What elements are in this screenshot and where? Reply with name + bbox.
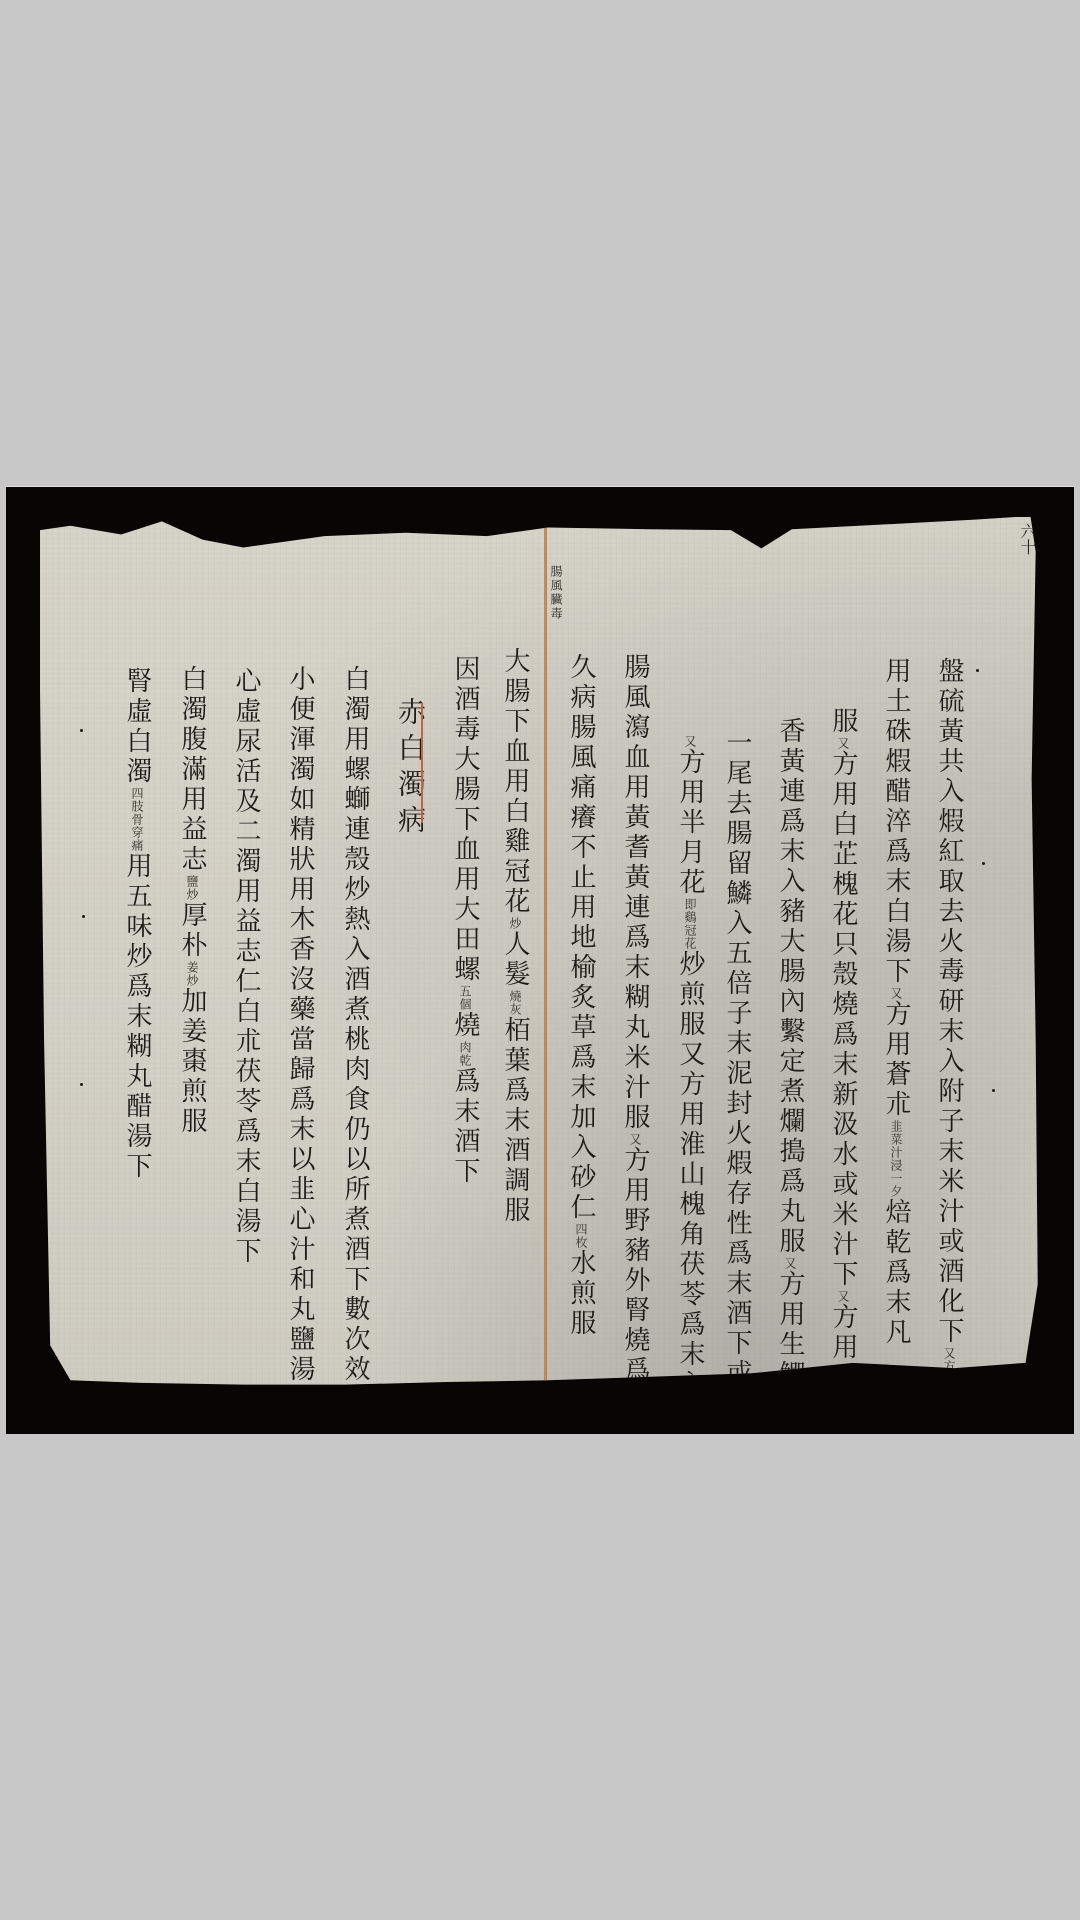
ink-dot <box>80 1083 83 1086</box>
text-column-r4: 香黃連爲末入豬大腸內繫定煮爛搗爲丸服又方用生鯽魚 <box>777 717 803 1420</box>
text-column-l5: 小便渾濁如精狀用木香沒藥當歸爲末以韭心汁和丸鹽湯下 <box>287 665 313 1415</box>
gutter-label: 腸風臟毒 <box>550 565 562 621</box>
text-column-r7: 腸風瀉血用黃耆黃連爲末糊丸米汁服又方用野豬外腎燒爲末服 <box>622 653 648 1446</box>
manuscript-paper: 六十 腸風臟毒 盤硫黃共入煆紅取去火毒研末入附子末米汁或酒化下又方 用土硃煆醋淬… <box>40 517 1056 1389</box>
ink-dot <box>982 862 985 865</box>
text-column-r5: 一尾去腸留鱗入五倍子末泥封火煆存性爲末酒下或飯丸亦可 <box>724 729 750 1509</box>
text-column-r8: 久病腸風痛癢不止用地榆炙草爲末加入砂仁四枚水煎服 <box>568 653 594 1339</box>
ink-dot <box>80 729 83 732</box>
ink-dot <box>976 669 979 672</box>
text-column-r3: 服又方用白芷槐花只殼燒爲末新汲水或米汁下又方用木 <box>830 707 856 1393</box>
text-column-l8: 腎虛白濁四肢骨穿痛用五味炒爲末糊丸醋湯下 <box>124 667 150 1182</box>
text-column-l1: 大腸下血用白雞冠花炒人髮燒灰栢葉爲末酒調服 <box>502 647 528 1226</box>
text-column-r2: 用土硃煆醋淬爲末白湯下又方用蒼朮韭菜汁浸一夕焙乾爲末凡 <box>883 657 909 1348</box>
image-viewer: 六十 腸風臟毒 盤硫黃共入煆紅取去火毒研末入附子末米汁或酒化下又方 用土硃煆醋淬… <box>0 0 1080 1920</box>
center-fold-line <box>544 517 547 1389</box>
text-column-l2: 因酒毒大腸下血用大田螺五個燒肉乾爲末酒下 <box>452 655 478 1187</box>
manuscript-photo: 六十 腸風臟毒 盤硫黃共入煆紅取去火毒研末入附子末米汁或酒化下又方 用土硃煆醋淬… <box>6 486 1074 1434</box>
text-column-r6: 又方用半月花即鷄冠花炒煎服又方用淮山槐角茯苓爲末入豬大腸煮食隨三次愈 <box>677 735 703 1602</box>
red-bracket-mark <box>421 703 423 823</box>
page-number: 六十 <box>1016 523 1039 555</box>
ink-dot <box>82 915 85 918</box>
text-column-l4: 白濁用螺螄連殼炒熱入酒煮桃肉食仍以所煮酒下數次效 <box>342 665 368 1385</box>
text-column-l7: 白濁腹滿用益志鹽炒厚朴姜炒加姜棗煎服 <box>179 665 205 1137</box>
section-heading: 赤白濁病 <box>396 697 424 841</box>
text-column-r1: 盤硫黃共入煆紅取去火毒研末入附子末米汁或酒化下又方 <box>936 657 962 1373</box>
ink-dot <box>992 1089 995 1092</box>
text-column-l6: 心虛尿活及二濁用益志仁白朮茯苓爲末白湯下 <box>233 667 259 1267</box>
